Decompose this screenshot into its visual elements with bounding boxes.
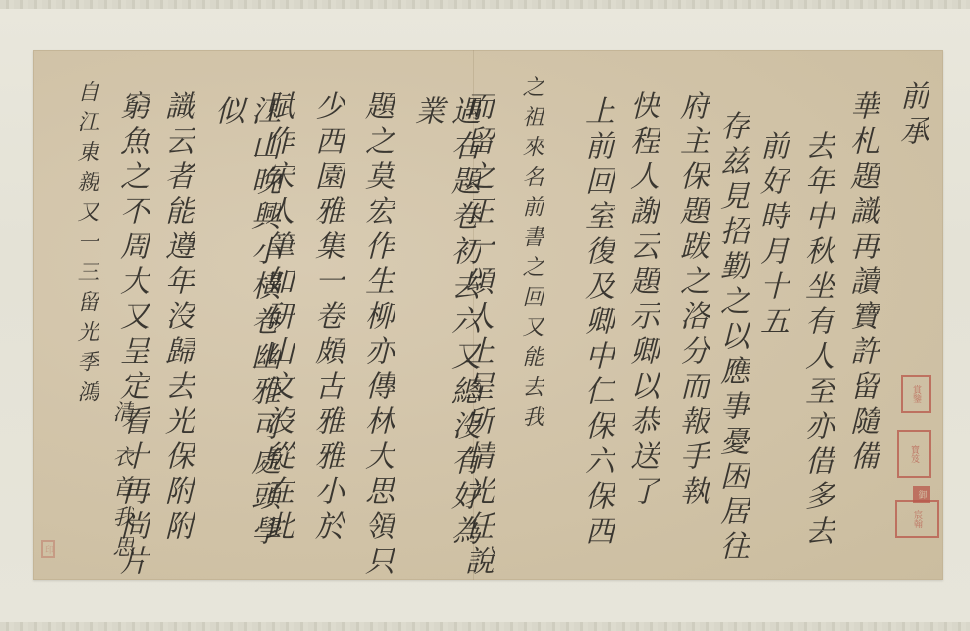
- calligraphy-paper: 前承 華札題識再讀寶許留隨備 去年中秋坐有人至亦借多去 前好時月十五 存兹見招勤…: [33, 50, 943, 580]
- text-column: 自江東親又一三留光季鴻: [68, 80, 104, 410]
- text-column: 之祖來名前書之回又能去我: [513, 75, 549, 435]
- text-column: 少西園雅集一卷頗古雅雅小於: [308, 90, 344, 545]
- column-title: 前承: [893, 80, 929, 150]
- top-brocade-border: [0, 0, 970, 9]
- text-column: 華札題識再讀寶許留隨備: [843, 90, 879, 475]
- text-column: 上前回室復及卿中仁保六保西: [578, 95, 614, 550]
- text-column: 快程人謝云題示卿以恭送了: [623, 90, 659, 510]
- text-column: 府主保題跋之洛分而報手執: [673, 90, 709, 510]
- text-column: 題之莫宏作生柳亦傳林大思領只: [358, 90, 394, 580]
- silk-mount: 前承 華札題識再讀寶許留隨備 去年中秋坐有人至亦借多去 前好時月十五 存兹見招勤…: [0, 9, 970, 622]
- text-column: 去年中秋坐有人至亦借多去: [798, 130, 834, 550]
- text-column: 前好時月十五: [753, 130, 789, 340]
- text-column: 江山晚興小橫卷幽雅可處頭學似: [208, 95, 280, 580]
- signature-column: 清 衣首我思: [103, 400, 139, 565]
- seal-stamp: 賞鑒: [901, 375, 931, 413]
- seal-stamp: 寶笈: [897, 430, 931, 478]
- text-column: 存兹見招勤之以應事憂困居往: [713, 110, 749, 565]
- bottom-brocade-border: [0, 622, 970, 631]
- text-column: 識云者能遵年沒歸去光保附附: [158, 90, 194, 545]
- seal-stamp: 印: [41, 540, 55, 558]
- text-column: 遇右題卷初去六又總沒有好為業: [408, 95, 480, 580]
- seal-stamp: 宸翰: [895, 500, 939, 538]
